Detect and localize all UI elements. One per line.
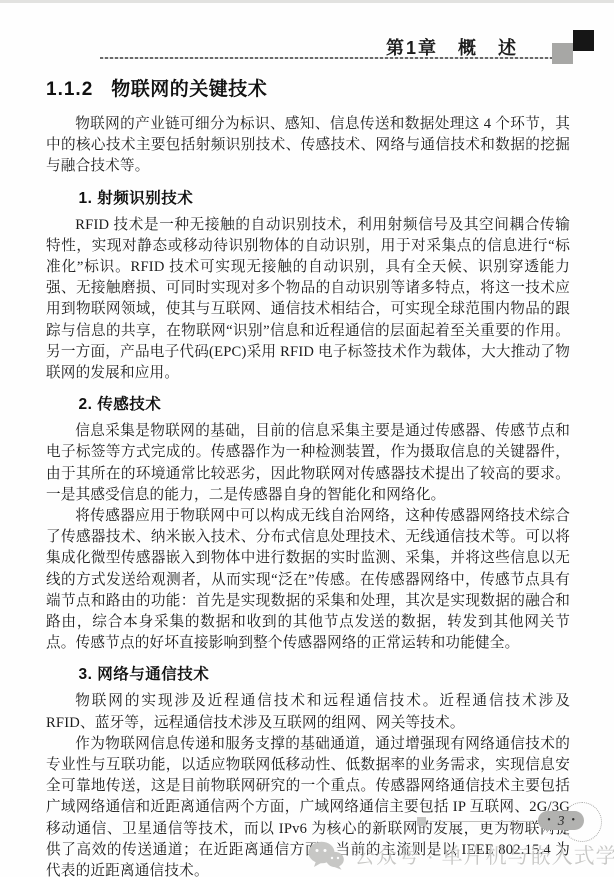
section-title-text: 物联网的关键技术 (111, 79, 267, 100)
footer-rule (430, 821, 532, 822)
chapter-title: 第1章 概 述 (386, 34, 518, 60)
deco-black-square (573, 30, 594, 51)
paragraph-network-1: 物联网的实现涉及近程通信技术和远程通信技术。近程通信技术涉及 RFID、蓝牙等，… (46, 691, 570, 733)
paragraph-sensing-1: 信息采集是物联网的基础，目前的信息采集主要是通过传感器、传感节点和电子标签等方式… (46, 421, 570, 506)
deco-gray-square (552, 43, 573, 64)
subsection-heading-sensing: 2. 传感技术 (46, 392, 570, 414)
section-number: 1.1.2 (46, 79, 93, 100)
subsection-heading-network: 3. 网络与通信技术 (46, 662, 570, 684)
page-content: 1.1.2物联网的关键技术 物联网的产业链可细分为标识、感知、信息传送和数据处理… (46, 74, 570, 877)
page-number-dot-right: • (571, 815, 575, 826)
watermark-text: 公众号 · 单片机与嵌入式学堂 (354, 840, 614, 870)
footer-deco-square (417, 817, 426, 826)
paragraph-rfid: RFID 技术是一种无接触的自动识别技术，利用射频信号及其空间耦合传输特性，实现… (46, 215, 570, 385)
page-footer: • 3 • (417, 810, 592, 836)
wechat-icon (308, 841, 344, 870)
subsection-heading-rfid: 1. 射频识别技术 (46, 186, 570, 208)
chapter-deco-squares (552, 30, 594, 64)
intro-paragraph: 物联网的产业链可细分为标识、感知、信息传送和数据处理这 4 个环节，其中的核心技… (46, 114, 570, 178)
page-number: 3 (558, 813, 565, 829)
page-number-dot-left: • (547, 815, 551, 826)
page-number-pill: • 3 • (538, 811, 584, 830)
watermark: 公众号 · 单片机与嵌入式学堂 (308, 840, 614, 870)
section-title: 1.1.2物联网的关键技术 (46, 74, 570, 101)
book-page: 第1章 概 述 1.1.2物联网的关键技术 物联网的产业链可细分为标识、感知、信… (0, 0, 614, 877)
page-header: 第1章 概 述 (0, 0, 614, 70)
paragraph-sensing-2: 将传感器应用于物联网中可以构成无线自治网络，这种传感器网络技术综合了传感器技术、… (46, 506, 570, 654)
